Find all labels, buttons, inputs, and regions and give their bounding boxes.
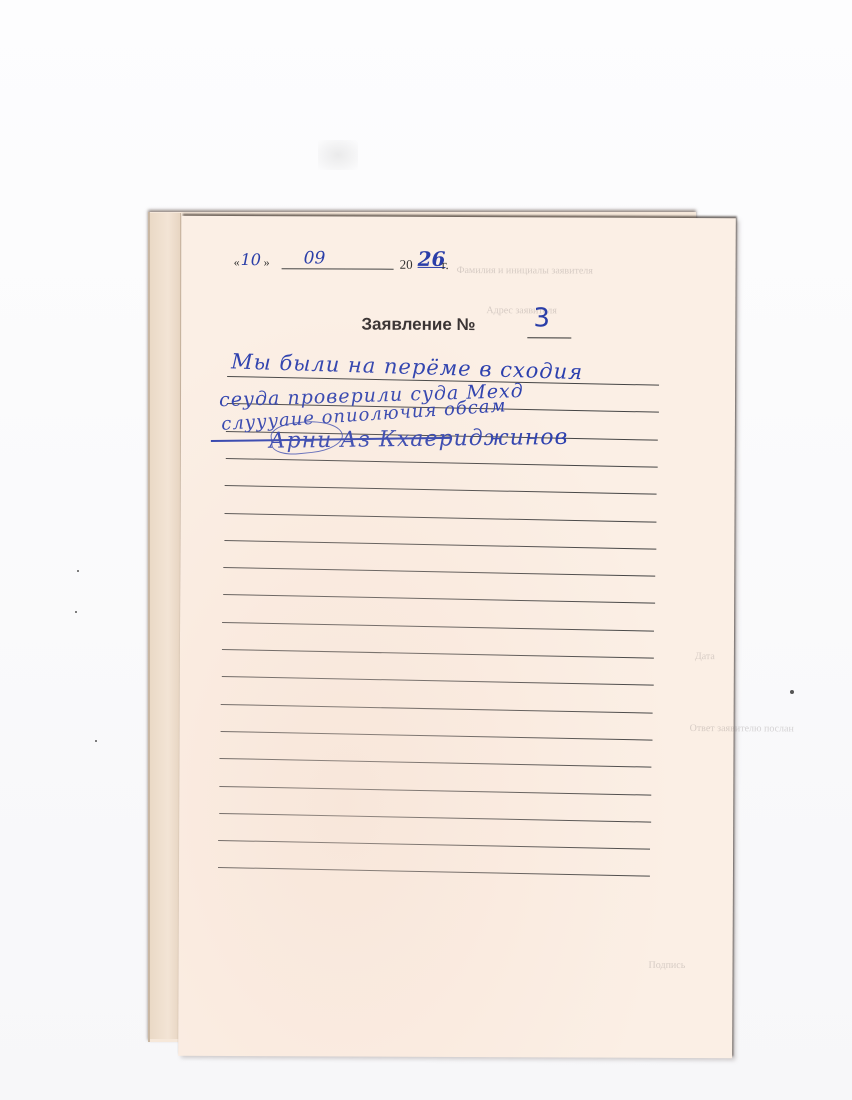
scan-speck xyxy=(75,611,77,613)
date-open-quote: « xyxy=(234,255,240,270)
scan-speck xyxy=(95,740,97,742)
ruled-line xyxy=(224,540,656,550)
ruled-line xyxy=(220,731,652,741)
bleed-through-text: Ответ заявителю послан xyxy=(690,723,794,734)
ruled-line xyxy=(223,567,655,577)
ruled-line xyxy=(222,622,654,632)
number-underline xyxy=(527,337,571,338)
ruled-line xyxy=(223,594,655,604)
ruled-line xyxy=(218,867,650,877)
ruled-line xyxy=(218,840,650,850)
title-label: Заявление № xyxy=(361,315,475,334)
ruled-line xyxy=(225,512,657,522)
scan-speck xyxy=(790,690,794,694)
ruled-line xyxy=(220,758,652,768)
application-number: 3 xyxy=(533,303,550,333)
bleed-through-text: Дата xyxy=(695,651,715,662)
bleed-through-text: Подпись xyxy=(649,960,686,971)
page-title: Заявление № 3 xyxy=(361,315,475,335)
date-close-quote: » xyxy=(264,255,270,270)
ruled-line xyxy=(219,785,651,795)
application-form-page: Фамилия и инициалы заявителя Адрес заяви… xyxy=(178,216,736,1058)
year-abbrev: г. xyxy=(442,257,449,273)
year-prefix: 20 xyxy=(400,257,413,273)
bleed-through-text: Фамилия и инициалы заявителя xyxy=(457,265,593,277)
scan-speck xyxy=(77,570,79,572)
handwritten-signature: Арни Аз Кхаериджинов xyxy=(269,425,569,454)
scan-smudge xyxy=(318,140,358,170)
date-month: 09 xyxy=(304,248,326,268)
notebook-spine xyxy=(150,213,181,1039)
ruled-line xyxy=(221,704,653,714)
date-day: 10 xyxy=(241,250,261,269)
ruled-line xyxy=(225,485,657,495)
ruled-line xyxy=(219,813,651,823)
ruled-line xyxy=(226,458,658,468)
ruled-line xyxy=(221,676,653,686)
month-underline xyxy=(282,268,394,269)
ruled-line xyxy=(222,649,654,659)
